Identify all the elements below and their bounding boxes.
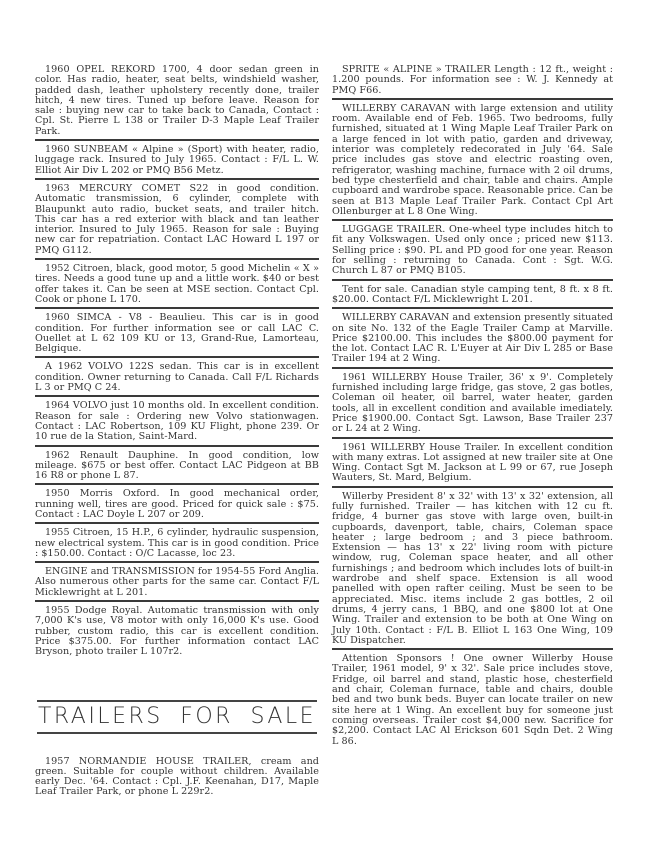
classified-ad-volvo-1962: A 1962 VOLVO 122S sedan. This car is in …	[35, 361, 319, 397]
classified-ad-willerby-1961-lawson: 1961 WILLERBY House Trailer, 36' x 9'. C…	[332, 372, 613, 439]
section-heading: TRAILERS FOR SALE	[35, 702, 319, 732]
classified-ad-simca-v8: 1960 SIMCA - V8 - Beaulieu. This car is …	[35, 312, 319, 358]
classified-ad-renault-dauphine: 1962 Renault Dauphine. In good condition…	[35, 450, 319, 486]
classified-ad-sunbeam-alpine: 1960 SUNBEAM « Alpine » (Sport) with hea…	[35, 144, 319, 180]
classified-ad-citroen-1952: 1952 Citroen, black, good motor, 5 good …	[35, 263, 319, 309]
classified-ad-willerby-1961-jackson: 1961 WILLERBY House Trailer. In excellen…	[332, 442, 613, 488]
classified-ad-willerby-caravan-extension: WILLERBY CARAVAN with large extension an…	[332, 103, 613, 221]
classified-ad-morris-oxford: 1950 Morris Oxford. In good mechanical o…	[35, 488, 319, 524]
heading-rule-bottom	[37, 732, 317, 734]
classified-ad-volvo-1964: 1964 VOLVO just 10 months old. In excell…	[35, 400, 319, 446]
classified-ad-citroen-1955: 1955 Citroen, 15 H.P., 6 cylinder, hydra…	[35, 527, 319, 563]
classified-ad-normandie-trailer: 1957 NORMANDIE HOUSE TRAILER, cream and …	[35, 756, 319, 800]
classified-ad-luggage-trailer: LUGGAGE TRAILER. One-wheel type includes…	[332, 224, 613, 280]
classified-ad-opel-rekord: 1960 OPEL REKORD 1700, 4 door sedan gree…	[35, 64, 319, 141]
classified-ad-engine-transmission: ENGINE and TRANSMISSION for 1954-55 Ford…	[35, 566, 319, 602]
classified-ad-mercury-comet: 1963 MERCURY COMET S22 in good condition…	[35, 183, 319, 260]
classified-ad-willerby-president: Willerby President 8' x 32' with 13' x 3…	[332, 491, 613, 650]
classified-ad-dodge-royal: 1955 Dodge Royal. Automatic transmission…	[35, 605, 319, 659]
right-column: SPRITE « ALPINE » TRAILER Length : 12 ft…	[332, 64, 613, 752]
classified-ad-sprite-alpine-trailer: SPRITE « ALPINE » TRAILER Length : 12 ft…	[332, 64, 613, 100]
classified-ad-attention-sponsors: Attention Sponsors ! One owner Willerby …	[332, 653, 613, 749]
section-heading-block: TRAILERS FOR SALE	[35, 700, 319, 734]
classified-ad-camping-tent: Tent for sale. Canadian style camping te…	[332, 284, 613, 310]
left-column: 1960 OPEL REKORD 1700, 4 door sedan gree…	[35, 64, 319, 803]
classified-ad-willerby-caravan-marville: WILLERBY CARAVAN and extension presently…	[332, 312, 613, 368]
